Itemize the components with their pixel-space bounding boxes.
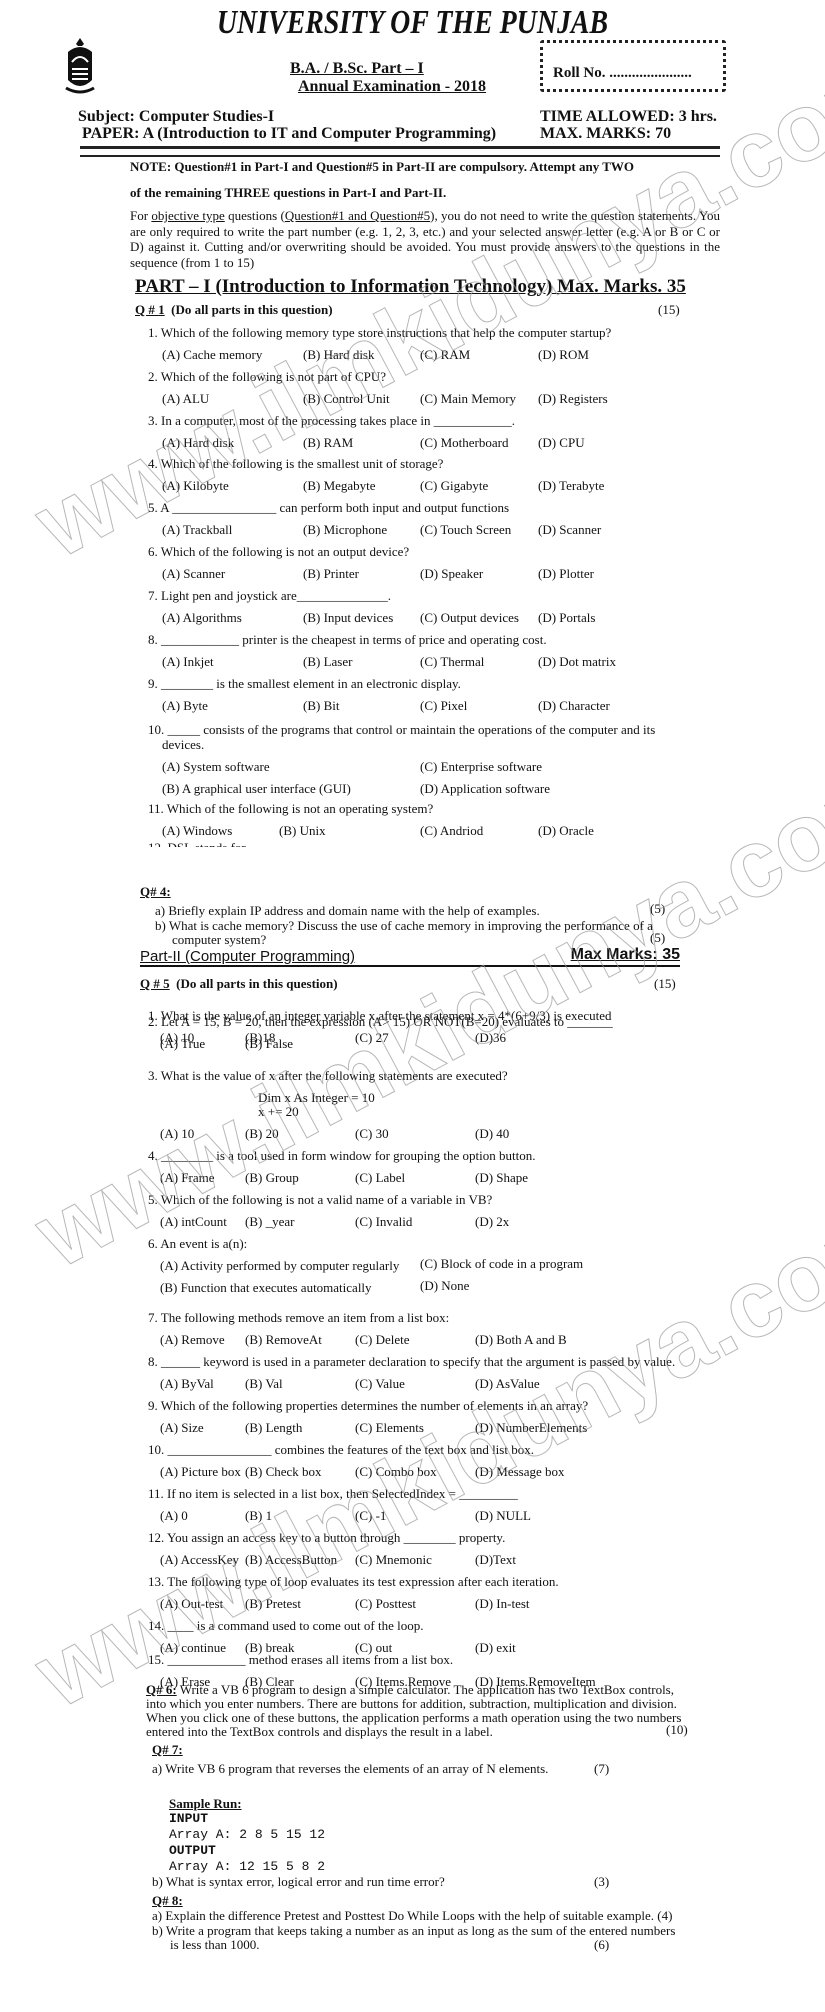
option: (B) RAM bbox=[303, 435, 353, 451]
option: (A) Scanner bbox=[162, 566, 225, 582]
q8-b-marks: (6) bbox=[594, 1937, 609, 1953]
q1-marks: (15) bbox=[658, 302, 680, 318]
roll-number-label: Roll No. ...................... bbox=[553, 65, 692, 82]
p2-question-q5: 5. Which of the following is not a valid… bbox=[148, 1192, 492, 1208]
p1-q11: 11. Which of the following is not an ope… bbox=[148, 801, 433, 817]
option: (A) Activity performed by computer regul… bbox=[160, 1258, 399, 1274]
option: (C) Value bbox=[355, 1376, 405, 1392]
option: (D)36 bbox=[475, 1030, 506, 1046]
option: (B) 20 bbox=[245, 1126, 279, 1142]
p1-q12-cut: 12. DSL stands for bbox=[148, 840, 246, 847]
option: (B) Hard disk bbox=[303, 347, 375, 363]
option: (B) Val bbox=[245, 1376, 283, 1392]
part2-heading: Part-II (Computer Programming) Max Marks… bbox=[140, 948, 680, 967]
q7-a-marks: (7) bbox=[594, 1761, 609, 1777]
sample-run-label: Sample Run: bbox=[169, 1796, 325, 1811]
option: (C) Motherboard bbox=[420, 435, 508, 451]
option: (D) Oracle bbox=[538, 823, 594, 839]
option: (B) Megabyte bbox=[303, 478, 376, 494]
q7-b-marks: (3) bbox=[594, 1874, 609, 1890]
code-line-2: x += 20 bbox=[258, 1104, 299, 1120]
option: (C) Enterprise software bbox=[420, 759, 542, 775]
option: (B) Laser bbox=[303, 654, 352, 670]
p2-question-q6: 6. An event is a(n): bbox=[148, 1236, 247, 1252]
q1-heading: Q # 1 (Do all parts in this question) bbox=[135, 302, 333, 318]
part1-heading: PART – I (Introduction to Information Te… bbox=[135, 276, 686, 298]
p1-question: 3. In a computer, most of the processing… bbox=[148, 413, 515, 429]
p1-question: 2. Which of the following is not part of… bbox=[148, 369, 386, 385]
option: (A) 0 bbox=[160, 1508, 188, 1524]
p2-question-q12: 12. You assign an access key to a button… bbox=[148, 1530, 505, 1546]
note-line-2: of the remaining THREE questions in Part… bbox=[130, 180, 720, 206]
option: (A) Remove bbox=[160, 1332, 225, 1348]
option: (C) Label bbox=[355, 1170, 405, 1186]
university-crest-icon bbox=[62, 36, 98, 100]
p1-question: 8. ____________ printer is the cheapest … bbox=[148, 632, 547, 648]
q5-marks: (15) bbox=[654, 976, 676, 992]
note: NOTE: Question#1 in Part-I and Question#… bbox=[130, 154, 720, 206]
option: (C) 27 bbox=[355, 1030, 389, 1046]
option: (D) NumberElements bbox=[475, 1420, 587, 1436]
sample-run: Sample Run: INPUT Array A: 2 8 5 15 12 O… bbox=[169, 1796, 325, 1875]
option: (A) True bbox=[160, 1036, 205, 1052]
option: (B) Control Unit bbox=[303, 391, 390, 407]
option: (B) Input devices bbox=[303, 610, 393, 626]
note-line-1: NOTE: Question#1 in Part-I and Question#… bbox=[130, 154, 720, 180]
option: (D) ROM bbox=[538, 347, 589, 363]
q7-a: a) Write VB 6 program that reverses the … bbox=[152, 1761, 548, 1777]
q8-a: a) Explain the difference Pretest and Po… bbox=[152, 1908, 672, 1924]
option: (D) Terabyte bbox=[538, 478, 604, 494]
option: (A) Algorithms bbox=[162, 610, 242, 626]
option: (A) Picture box bbox=[160, 1464, 241, 1480]
q8-b-line2: is less than 1000. bbox=[170, 1937, 260, 1953]
option: (D) CPU bbox=[538, 435, 585, 451]
exam-label: Annual Examination - 2018 bbox=[298, 78, 486, 96]
option: (C) 30 bbox=[355, 1126, 389, 1142]
p2-question-q4: 4. ________ is a tool used in form windo… bbox=[148, 1148, 535, 1164]
p1-question: 9. ________ is the smallest element in a… bbox=[148, 676, 461, 692]
option: (A) System software bbox=[162, 759, 270, 775]
p1-question: 7. Light pen and joystick are___________… bbox=[148, 588, 391, 604]
option: (B) RemoveAt bbox=[245, 1332, 322, 1348]
q6-marks: (10) bbox=[666, 1722, 688, 1738]
option: (C) Output devices bbox=[420, 610, 519, 626]
output-value: Array A: 12 15 5 8 2 bbox=[169, 1859, 325, 1875]
q4-b-line2: computer system? bbox=[172, 932, 266, 948]
option: (D) Dot matrix bbox=[538, 654, 616, 670]
option: (D) Message box bbox=[475, 1464, 565, 1480]
option: (D) AsValue bbox=[475, 1376, 540, 1392]
option: (B) A graphical user interface (GUI) bbox=[162, 781, 351, 797]
option: (B) False bbox=[245, 1036, 293, 1052]
option: (A) ALU bbox=[162, 391, 209, 407]
q4-a-marks: (5) bbox=[650, 901, 665, 917]
q4-heading: Q# 4: bbox=[140, 884, 171, 900]
option: (D) None bbox=[420, 1278, 469, 1294]
p2-question-q15: 15. ____________ method erases all items… bbox=[148, 1652, 453, 1668]
option: (C) Elements bbox=[355, 1420, 424, 1436]
option: (A) intCount bbox=[160, 1214, 227, 1230]
university-title: UNIVERSITY OF THE PUNJAB bbox=[74, 4, 751, 42]
input-label: INPUT bbox=[169, 1811, 325, 1827]
option: (D) Character bbox=[538, 698, 610, 714]
p1-q10-line1: 10. _____ consists of the programs that … bbox=[148, 722, 655, 738]
output-label: OUTPUT bbox=[169, 1843, 325, 1859]
roll-number-box: Roll No. ...................... bbox=[540, 40, 726, 92]
q8-heading: Q# 8: bbox=[152, 1893, 183, 1909]
program-label: B.A. / B.Sc. Part – I bbox=[290, 60, 424, 78]
q6-line4: entered into the TextBox controls and di… bbox=[146, 1724, 493, 1740]
option: (C) Thermal bbox=[420, 654, 484, 670]
option: (D) Speaker bbox=[420, 566, 483, 582]
option: (C) Pixel bbox=[420, 698, 467, 714]
option: (D) 2x bbox=[475, 1214, 509, 1230]
option: (D) In-test bbox=[475, 1596, 530, 1612]
p2-question-q10: 10. ________________ combines the featur… bbox=[148, 1442, 534, 1458]
option: (D) NULL bbox=[475, 1508, 531, 1524]
q4-a: a) Briefly explain IP address and domain… bbox=[155, 903, 540, 919]
option: (B) Length bbox=[245, 1420, 302, 1436]
option: (C) Block of code in a program bbox=[420, 1256, 583, 1272]
p1-question: 5. A ________________ can perform both i… bbox=[148, 500, 509, 516]
option: (B) _year bbox=[245, 1214, 294, 1230]
option: (D) Shape bbox=[475, 1170, 528, 1186]
p1-q10-line2: devices. bbox=[162, 737, 204, 753]
option: (B) Unix bbox=[279, 823, 326, 839]
option: (A) Out-test bbox=[160, 1596, 223, 1612]
option: (A) Size bbox=[160, 1420, 204, 1436]
paper-label: PAPER: A (Introduction to IT and Compute… bbox=[82, 125, 496, 143]
option: (A) Frame bbox=[160, 1170, 215, 1186]
max-marks: MAX. MARKS: 70 bbox=[540, 125, 671, 143]
q7-b: b) What is syntax error, logical error a… bbox=[152, 1874, 445, 1890]
q5-heading: Q # 5 (Do all parts in this question) bbox=[140, 976, 338, 992]
p1-question: 6. Which of the following is not an outp… bbox=[148, 544, 409, 560]
option: (B) Bit bbox=[303, 698, 339, 714]
option: (A) Hard disk bbox=[162, 435, 234, 451]
instructions: For objective type questions (Question#1… bbox=[130, 208, 720, 270]
option: (D) Both A and B bbox=[475, 1332, 567, 1348]
option: (A) Byte bbox=[162, 698, 208, 714]
p2-question-q8: 8. ______ keyword is used in a parameter… bbox=[148, 1354, 675, 1370]
q4-b-marks: (5) bbox=[650, 930, 665, 946]
option: (A) Cache memory bbox=[162, 347, 262, 363]
option: (A) Kilobyte bbox=[162, 478, 229, 494]
part2-max-marks: Max Marks: 35 bbox=[571, 946, 680, 964]
option: (C) Invalid bbox=[355, 1214, 412, 1230]
option: (C) RAM bbox=[420, 347, 470, 363]
subject-label: Subject: Computer Studies-I bbox=[78, 108, 274, 126]
option: (D) 40 bbox=[475, 1126, 509, 1142]
option: (D) Scanner bbox=[538, 522, 601, 538]
p2-question-q14: 14. ____ is a command used to come out o… bbox=[148, 1618, 423, 1634]
option: (C) Posttest bbox=[355, 1596, 416, 1612]
option: (A) ByVal bbox=[160, 1376, 214, 1392]
option: (D) Portals bbox=[538, 610, 595, 626]
p2-question-q3: 3. What is the value of x after the foll… bbox=[148, 1068, 508, 1084]
option: (C) Mnemonic bbox=[355, 1552, 432, 1568]
option: (A) Windows bbox=[162, 823, 232, 839]
p2-question-q11: 11. If no item is selected in a list box… bbox=[148, 1486, 518, 1502]
option: (A) AccessKey bbox=[160, 1552, 239, 1568]
time-allowed: TIME ALLOWED: 3 hrs. bbox=[540, 108, 717, 126]
option: (D) Application software bbox=[420, 781, 550, 797]
option: (C) Gigabyte bbox=[420, 478, 488, 494]
q7-heading: Q# 7: bbox=[152, 1742, 183, 1758]
option: (C) -1 bbox=[355, 1508, 386, 1524]
option: (B) Check box bbox=[245, 1464, 322, 1480]
option: (A) 10 bbox=[160, 1126, 194, 1142]
option: (A) Trackball bbox=[162, 522, 232, 538]
option: (D) Registers bbox=[538, 391, 608, 407]
option: (B) Function that executes automatically bbox=[160, 1280, 372, 1296]
option: (C) Main Memory bbox=[420, 391, 516, 407]
option: (B) Printer bbox=[303, 566, 359, 582]
p1-question: 4. Which of the following is the smalles… bbox=[148, 456, 443, 472]
p1-question: 1. Which of the following memory type st… bbox=[148, 325, 611, 341]
option: (D) Plotter bbox=[538, 566, 594, 582]
option: (C) Delete bbox=[355, 1332, 410, 1348]
p2-question-q9: 9. Which of the following properties det… bbox=[148, 1398, 588, 1414]
option: (C) Combo box bbox=[355, 1464, 437, 1480]
option: (B) 1 bbox=[245, 1508, 272, 1524]
option: (D) exit bbox=[475, 1640, 516, 1656]
input-value: Array A: 2 8 5 15 12 bbox=[169, 1827, 325, 1843]
option: (B) AccessButton bbox=[245, 1552, 337, 1568]
option: (A) Inkjet bbox=[162, 654, 214, 670]
p2-question-q13: 13. The following type of loop evaluates… bbox=[148, 1574, 559, 1590]
option: (C) Andriod bbox=[420, 823, 483, 839]
option: (B) Pretest bbox=[245, 1596, 301, 1612]
option: (B) Microphone bbox=[303, 522, 387, 538]
option: (D)Text bbox=[475, 1552, 516, 1568]
option: (B) Group bbox=[245, 1170, 299, 1186]
p2-question-q7: 7. The following methods remove an item … bbox=[148, 1310, 449, 1326]
option: (C) Touch Screen bbox=[420, 522, 511, 538]
p2-question-q2: 2. Let A = 15, B = 20, then the expressi… bbox=[148, 1014, 613, 1030]
